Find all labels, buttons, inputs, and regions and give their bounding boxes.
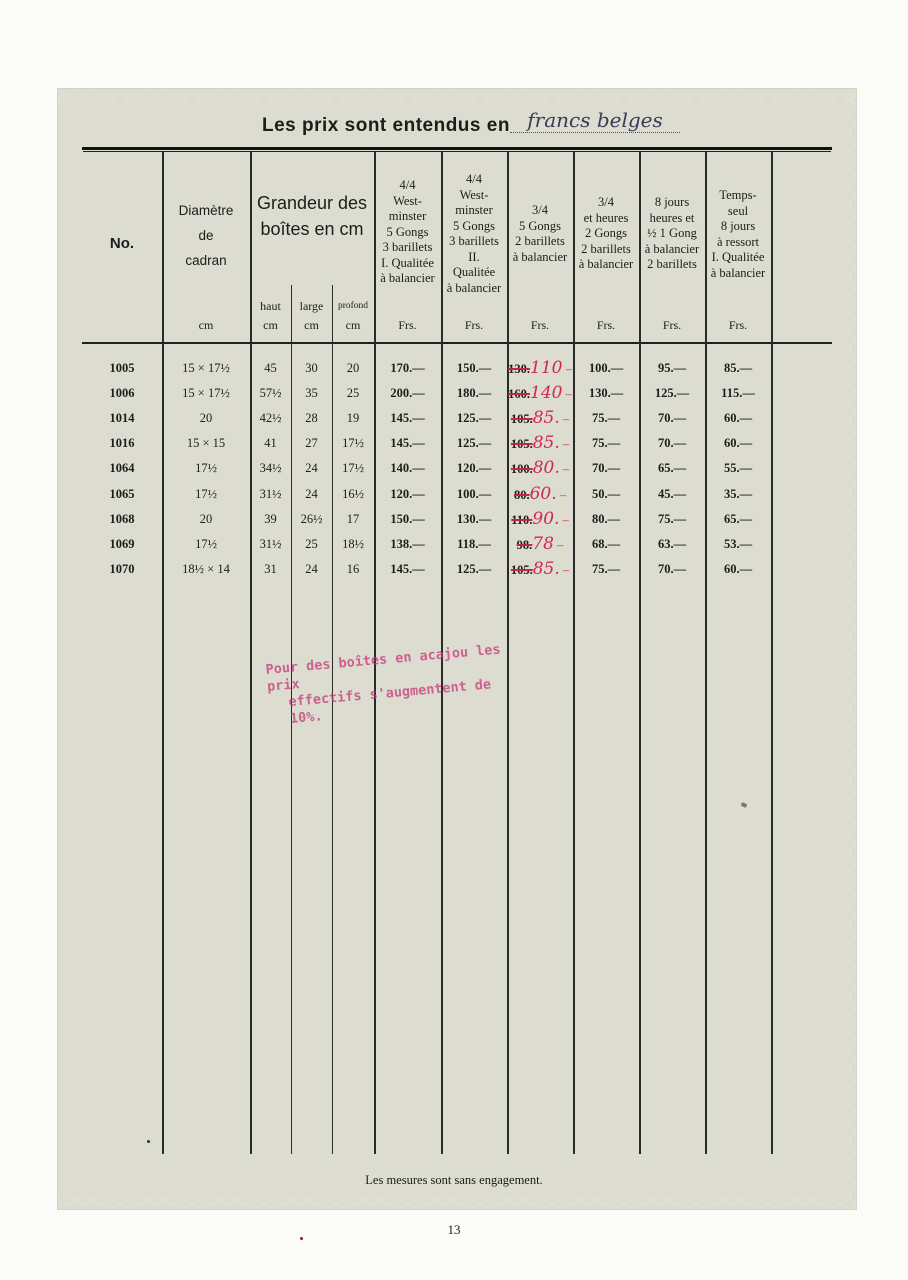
cell-profond: 16 bbox=[332, 557, 374, 582]
cell-p6: 35.— bbox=[705, 482, 771, 507]
header-haut: haut cm bbox=[250, 297, 291, 335]
cell-profond: 17 bbox=[332, 507, 374, 532]
cell-profond: 20 bbox=[332, 356, 374, 381]
header-line: 5 Gongs bbox=[374, 225, 441, 241]
cell-p3: 98.78 – bbox=[507, 532, 573, 558]
cell-p1: 170.— bbox=[374, 356, 441, 381]
struck-price: 160. bbox=[508, 387, 530, 401]
handwritten-price: 85. bbox=[533, 559, 560, 579]
cell-profond: 25 bbox=[332, 381, 374, 406]
header-line: 4/4 bbox=[374, 178, 441, 194]
struck-price: 80. bbox=[514, 488, 530, 502]
cell-p1: 138.— bbox=[374, 532, 441, 557]
cell-p4: 50.— bbox=[573, 482, 639, 507]
header-line: 2 barillets bbox=[573, 242, 639, 258]
header-diametre-unit: cm bbox=[162, 318, 250, 333]
cell-p1: 145.— bbox=[374, 406, 441, 431]
cell-p6: 65.— bbox=[705, 507, 771, 532]
struck-price: 105. bbox=[511, 437, 533, 451]
cell-large: 24 bbox=[291, 557, 332, 582]
cell-haut: 31½ bbox=[250, 482, 291, 507]
table-row: 101615 × 15412717½145.—125.—75.—70.—60.—… bbox=[82, 431, 772, 456]
struck-price: 130. bbox=[508, 362, 530, 376]
header-profond-label: profond bbox=[332, 297, 374, 316]
header-bottom-rule bbox=[82, 342, 832, 344]
header-unit: Frs. bbox=[374, 318, 441, 333]
cell-p6: 53.— bbox=[705, 532, 771, 557]
footer-note: Les mesures sont sans engagement. bbox=[0, 1173, 908, 1188]
cell-large: 24 bbox=[291, 456, 332, 481]
column-divider bbox=[162, 152, 164, 1154]
header-diametre: Diamètre de cadran bbox=[162, 198, 250, 273]
header-line: Qualitée bbox=[441, 265, 507, 281]
column-divider bbox=[639, 152, 641, 1154]
decorative-border-bottom bbox=[57, 1196, 857, 1210]
header-haut-unit: cm bbox=[250, 316, 291, 335]
cell-profond: 17½ bbox=[332, 431, 374, 456]
column-divider bbox=[771, 152, 773, 1154]
header-diametre-line: cadran bbox=[162, 248, 250, 273]
header-line: à balancier bbox=[705, 266, 771, 282]
cell-no: 1006 bbox=[82, 381, 162, 406]
header-line: heures et bbox=[639, 211, 705, 227]
cell-no: 1069 bbox=[82, 532, 162, 557]
header-line: 2 barillets bbox=[639, 257, 705, 273]
cell-diametre: 20 bbox=[162, 406, 250, 431]
cell-p3: 100.80. – bbox=[507, 456, 573, 482]
cell-p2: 150.— bbox=[441, 356, 507, 381]
red-dash-mark: – bbox=[560, 563, 569, 577]
handwritten-price: 140 bbox=[530, 383, 562, 403]
header-line: Temps- bbox=[705, 188, 771, 204]
cell-p1: 140.— bbox=[374, 456, 441, 481]
cell-diametre: 18½ × 14 bbox=[162, 557, 250, 582]
cell-p3: 105.85. – bbox=[507, 431, 573, 457]
header-large-label: large bbox=[291, 297, 332, 316]
cell-no: 1070 bbox=[82, 557, 162, 582]
cell-diametre: 15 × 15 bbox=[162, 431, 250, 456]
header-unit: Frs. bbox=[705, 318, 771, 333]
cell-p3: 80.60. – bbox=[507, 482, 573, 508]
header-line: ½ 1 Gong bbox=[639, 226, 705, 242]
cell-p5: 65.— bbox=[639, 456, 705, 481]
cell-p4: 75.— bbox=[573, 406, 639, 431]
header-line: à balancier bbox=[374, 271, 441, 287]
cell-large: 27 bbox=[291, 431, 332, 456]
cell-p5: 125.— bbox=[639, 381, 705, 406]
table-row: 106417½34½2417½140.—120.—70.—65.—55.—100… bbox=[82, 456, 772, 481]
cell-p4: 70.— bbox=[573, 456, 639, 481]
red-dash-mark: – bbox=[560, 462, 569, 476]
header-price-col-3: 3/4 5 Gongs 2 barillets à balancier bbox=[507, 203, 573, 265]
header-line: West- bbox=[374, 194, 441, 210]
red-dash-mark: – bbox=[554, 538, 563, 552]
cell-large: 24 bbox=[291, 482, 332, 507]
cell-p5: 75.— bbox=[639, 507, 705, 532]
page-number: 13 bbox=[0, 1222, 908, 1238]
cell-large: 28 bbox=[291, 406, 332, 431]
cell-diametre: 17½ bbox=[162, 482, 250, 507]
handwritten-price: 85. bbox=[533, 408, 560, 428]
cell-no: 1005 bbox=[82, 356, 162, 381]
cell-p4: 75.— bbox=[573, 431, 639, 456]
header-line: minster bbox=[441, 203, 507, 219]
cell-p2: 100.— bbox=[441, 482, 507, 507]
cell-haut: 41 bbox=[250, 431, 291, 456]
cell-p2: 125.— bbox=[441, 406, 507, 431]
header-line: 4/4 bbox=[441, 172, 507, 188]
cell-haut: 57½ bbox=[250, 381, 291, 406]
handwritten-price: 80. bbox=[533, 458, 560, 478]
cell-p3: 160.140 – bbox=[507, 381, 573, 407]
header-large-unit: cm bbox=[291, 316, 332, 335]
cell-p2: 120.— bbox=[441, 456, 507, 481]
cell-p3: 105.85. – bbox=[507, 557, 573, 583]
red-dash-mark: – bbox=[562, 362, 571, 376]
cell-p6: 115.— bbox=[705, 381, 771, 406]
header-line: 2 barillets bbox=[507, 234, 573, 250]
header-line: et heures bbox=[573, 211, 639, 227]
speck bbox=[300, 1237, 303, 1240]
decorative-border-top bbox=[57, 88, 857, 102]
cell-p2: 125.— bbox=[441, 431, 507, 456]
cell-p2: 130.— bbox=[441, 507, 507, 532]
table-row: 10142042½2819145.—125.—75.—70.—60.—105.8… bbox=[82, 406, 772, 431]
cell-p1: 200.— bbox=[374, 381, 441, 406]
header-line: 3 barillets bbox=[441, 234, 507, 250]
cell-p5: 70.— bbox=[639, 431, 705, 456]
header-line: 3 barillets bbox=[374, 240, 441, 256]
header-line: 5 Gongs bbox=[441, 219, 507, 235]
speck bbox=[147, 1140, 150, 1143]
header-line: I. Qualitée bbox=[705, 250, 771, 266]
red-dash-mark: – bbox=[557, 488, 566, 502]
header-line: 3/4 bbox=[507, 203, 573, 219]
cell-profond: 18½ bbox=[332, 532, 374, 557]
header-price-col-6: Temps- seul 8 jours à ressort I. Qualité… bbox=[705, 188, 771, 281]
red-dash-mark: – bbox=[562, 387, 571, 401]
header-price-col-2: 4/4 West- minster 5 Gongs 3 barillets II… bbox=[441, 172, 507, 296]
cell-p6: 85.— bbox=[705, 356, 771, 381]
cell-p2: 125.— bbox=[441, 557, 507, 582]
cell-haut: 42½ bbox=[250, 406, 291, 431]
header-price-col-5: 8 jours heures et ½ 1 Gong à balancier 2… bbox=[639, 195, 705, 273]
cell-haut: 39 bbox=[250, 507, 291, 532]
cell-haut: 45 bbox=[250, 356, 291, 381]
header-unit: Frs. bbox=[507, 318, 573, 333]
cell-p6: 60.— bbox=[705, 557, 771, 582]
struck-price: 98. bbox=[517, 538, 533, 552]
cell-large: 26½ bbox=[291, 507, 332, 532]
column-divider bbox=[705, 152, 707, 1154]
header-line: à balancier bbox=[573, 257, 639, 273]
struck-price: 105. bbox=[511, 563, 533, 577]
cell-p1: 145.— bbox=[374, 431, 441, 456]
cell-haut: 31 bbox=[250, 557, 291, 582]
header-line: 3/4 bbox=[573, 195, 639, 211]
header-diametre-line: de bbox=[162, 223, 250, 248]
header-double-rule bbox=[82, 147, 832, 150]
table-row: 100615 × 17½57½3525200.—180.—130.—125.—1… bbox=[82, 381, 772, 406]
red-dash-mark: – bbox=[560, 412, 569, 426]
handwritten-price: 110 bbox=[530, 358, 562, 378]
header-grandeur-line: boîtes en cm bbox=[250, 216, 374, 242]
cell-profond: 17½ bbox=[332, 456, 374, 481]
header-line: 8 jours bbox=[705, 219, 771, 235]
cell-p6: 60.— bbox=[705, 431, 771, 456]
cell-p5: 95.— bbox=[639, 356, 705, 381]
cell-p2: 180.— bbox=[441, 381, 507, 406]
cell-p3: 105.85. – bbox=[507, 406, 573, 432]
header-profond: profond cm bbox=[332, 297, 374, 335]
cell-p4: 80.— bbox=[573, 507, 639, 532]
header-price-col-1: 4/4 West- minster 5 Gongs 3 barillets I.… bbox=[374, 178, 441, 287]
cell-haut: 31½ bbox=[250, 532, 291, 557]
header-line: 8 jours bbox=[639, 195, 705, 211]
cell-p4: 68.— bbox=[573, 532, 639, 557]
cell-diametre: 17½ bbox=[162, 532, 250, 557]
header-profond-unit: cm bbox=[332, 316, 374, 335]
handwritten-currency: francs belges bbox=[510, 110, 680, 133]
cell-p4: 75.— bbox=[573, 557, 639, 582]
table-row: 100515 × 17½453020170.—150.—100.—95.—85.… bbox=[82, 356, 772, 381]
handwritten-price: 60. bbox=[530, 484, 557, 504]
table-row: 106917½31½2518½138.—118.—68.—63.—53.—98.… bbox=[82, 532, 772, 557]
header-line: à balancier bbox=[639, 242, 705, 258]
header-line: I. Qualitée bbox=[374, 256, 441, 272]
cell-p5: 45.— bbox=[639, 482, 705, 507]
header-line: à balancier bbox=[507, 250, 573, 266]
red-dash-mark: – bbox=[560, 437, 569, 451]
table-row: 107018½ × 14312416145.—125.—75.—70.—60.—… bbox=[82, 557, 772, 582]
header-unit: Frs. bbox=[573, 318, 639, 333]
header-line: à ressort bbox=[705, 235, 771, 251]
cell-p1: 145.— bbox=[374, 557, 441, 582]
cell-p4: 100.— bbox=[573, 356, 639, 381]
column-divider bbox=[573, 152, 575, 1154]
header-unit: Frs. bbox=[441, 318, 507, 333]
header-diametre-line: Diamètre bbox=[162, 198, 250, 223]
header-line: 5 Gongs bbox=[507, 219, 573, 235]
cell-p6: 60.— bbox=[705, 406, 771, 431]
page-title: Les prix sont entendus en bbox=[262, 115, 510, 137]
cell-diametre: 15 × 17½ bbox=[162, 356, 250, 381]
header-grandeur: Grandeur des boîtes en cm bbox=[250, 190, 374, 242]
cell-p6: 55.— bbox=[705, 456, 771, 481]
decorative-border-right bbox=[845, 88, 857, 1210]
header-no: No. bbox=[82, 236, 162, 252]
cell-p2: 118.— bbox=[441, 532, 507, 557]
cell-profond: 19 bbox=[332, 406, 374, 431]
cell-p3: 130.110 – bbox=[507, 356, 573, 382]
cell-p5: 63.— bbox=[639, 532, 705, 557]
cell-profond: 16½ bbox=[332, 482, 374, 507]
cell-diametre: 17½ bbox=[162, 456, 250, 481]
cell-diametre: 20 bbox=[162, 507, 250, 532]
cell-p5: 70.— bbox=[639, 557, 705, 582]
cell-haut: 34½ bbox=[250, 456, 291, 481]
header-line: II. bbox=[441, 250, 507, 266]
header-line: 2 Gongs bbox=[573, 226, 639, 242]
handwritten-price: 90. bbox=[532, 509, 559, 529]
header-haut-label: haut bbox=[250, 297, 291, 316]
cell-no: 1065 bbox=[82, 482, 162, 507]
struck-price: 105. bbox=[511, 412, 533, 426]
header-line: West- bbox=[441, 188, 507, 204]
cell-no: 1014 bbox=[82, 406, 162, 431]
red-dash-mark: – bbox=[559, 513, 568, 527]
cell-no: 1064 bbox=[82, 456, 162, 481]
cell-p5: 70.— bbox=[639, 406, 705, 431]
header-unit: Frs. bbox=[639, 318, 705, 333]
table-row: 1068203926½17150.—130.—80.—75.—65.—110.9… bbox=[82, 507, 772, 532]
cell-p4: 130.— bbox=[573, 381, 639, 406]
header-large: large cm bbox=[291, 297, 332, 335]
struck-price: 110. bbox=[511, 513, 532, 527]
cell-large: 25 bbox=[291, 532, 332, 557]
header-line: minster bbox=[374, 209, 441, 225]
header-price-col-4: 3/4 et heures 2 Gongs 2 barillets à bala… bbox=[573, 195, 639, 273]
cell-p1: 120.— bbox=[374, 482, 441, 507]
cell-diametre: 15 × 17½ bbox=[162, 381, 250, 406]
header-grandeur-line: Grandeur des bbox=[250, 190, 374, 216]
cell-large: 35 bbox=[291, 381, 332, 406]
cell-p1: 150.— bbox=[374, 507, 441, 532]
table-row: 106517½31½2416½120.—100.—50.—45.—35.—80.… bbox=[82, 482, 772, 507]
struck-price: 100. bbox=[511, 462, 533, 476]
handwritten-price: 78 bbox=[532, 534, 554, 554]
header-line: à balancier bbox=[441, 281, 507, 297]
header-line: seul bbox=[705, 204, 771, 220]
cell-large: 30 bbox=[291, 356, 332, 381]
handwritten-price: 85. bbox=[533, 433, 560, 453]
cell-no: 1068 bbox=[82, 507, 162, 532]
cell-p3: 110.90. – bbox=[507, 507, 573, 533]
cell-no: 1016 bbox=[82, 431, 162, 456]
